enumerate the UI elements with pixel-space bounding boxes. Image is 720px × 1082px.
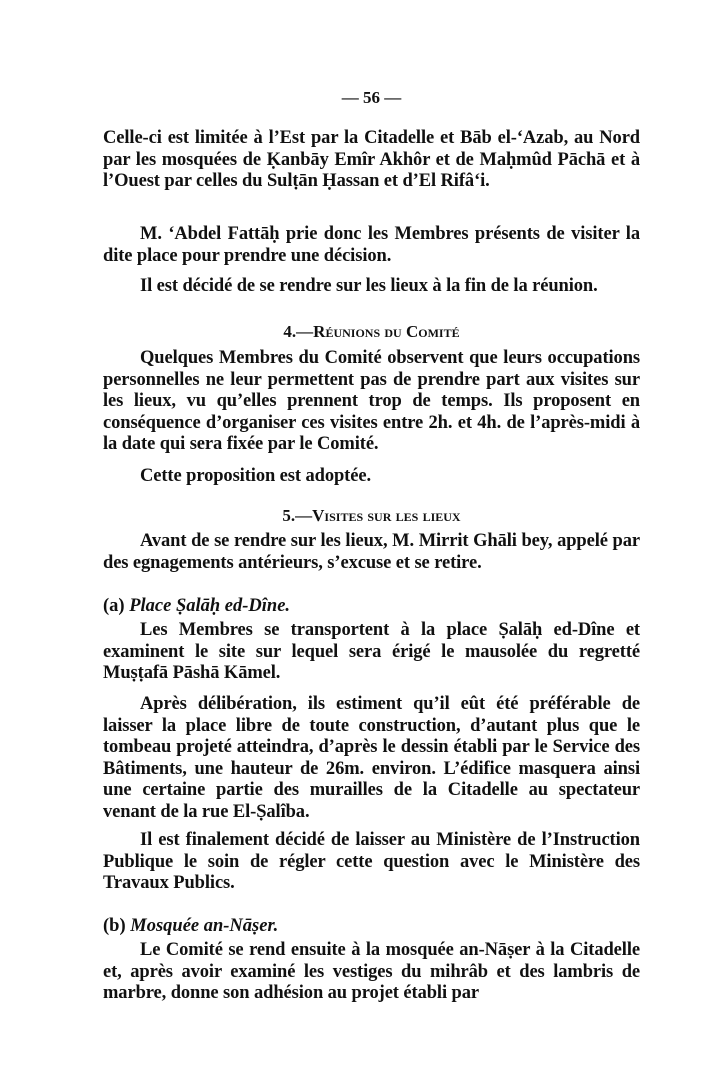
- paragraph-10: Le Comité se rend ensuite à la mosquée a…: [103, 940, 640, 1005]
- paragraph-4: Quelques Membres du Comité observent que…: [103, 348, 640, 456]
- paragraph-7: Les Membres se transportent à la place Ṣ…: [103, 620, 640, 685]
- section-heading-4: 4.—Réunions du Comité: [103, 322, 640, 342]
- subsection-a-title: Place Ṣalāḥ ed-Dîne.: [129, 596, 290, 616]
- paragraph-8: Après délibération, ils estiment qu’il e…: [103, 694, 640, 823]
- section-heading-5: 5.—Visites sur les lieux: [103, 506, 640, 526]
- subsection-b-heading: (b) Mosquée an-Nāṣer.: [103, 916, 640, 937]
- paragraph-5: Cette proposition est adoptée.: [103, 466, 640, 488]
- page-number: — 56 —: [103, 88, 640, 108]
- subsection-b-label: (b): [103, 916, 126, 936]
- subsection-a-heading: (a) Place Ṣalāḥ ed-Dîne.: [103, 596, 640, 617]
- paragraph-1: Celle-ci est limitée à l’Est par la Cita…: [103, 128, 640, 193]
- paragraph-9: Il est finalement décidé de laisser au M…: [103, 830, 640, 895]
- subsection-b-title: Mosquée an-Nāṣer.: [130, 916, 278, 936]
- subsection-a-label: (a): [103, 596, 125, 616]
- paragraph-6: Avant de se rendre sur les lieux, M. Mir…: [103, 531, 640, 574]
- paragraph-3: Il est décidé de se rendre sur les lieux…: [103, 276, 640, 298]
- paragraph-2: M. ‘Abdel Fattāḥ prie donc les Membres p…: [103, 224, 640, 267]
